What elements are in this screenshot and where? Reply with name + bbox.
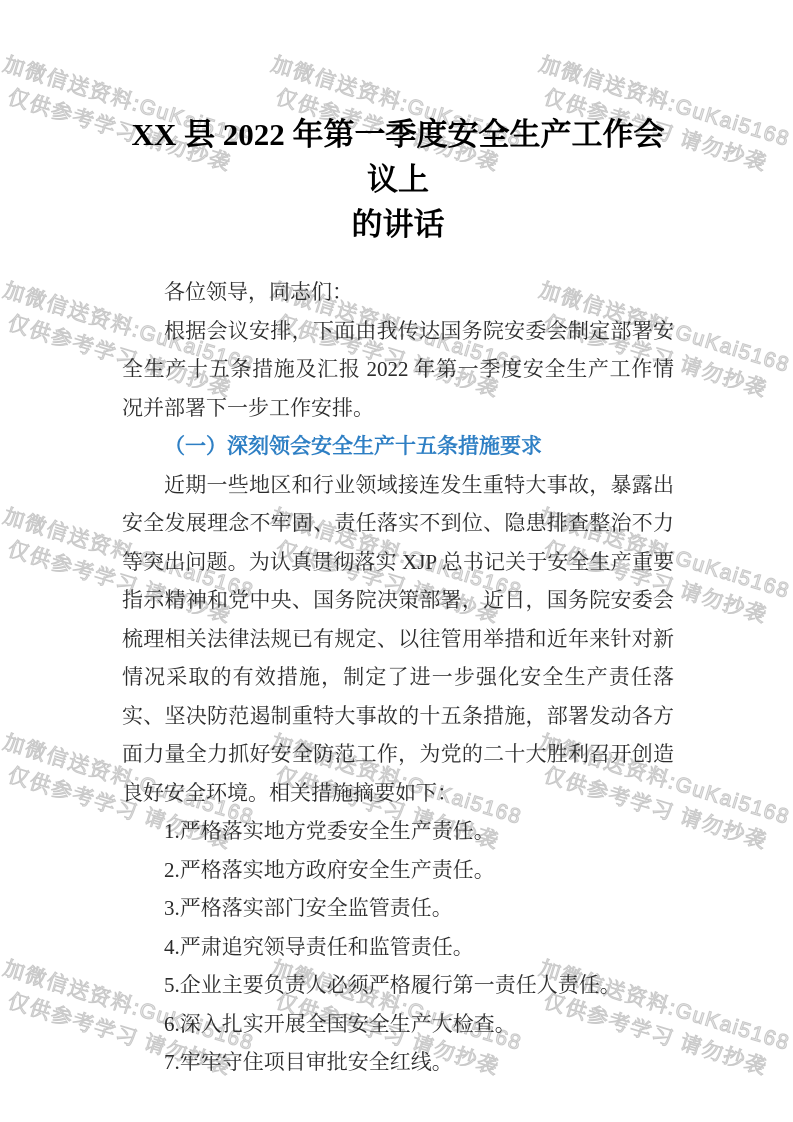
- document-content: XX 县 2022 年第一季度安全生产工作会议上 的讲话 各位领导，同志们： 根…: [122, 112, 674, 1082]
- section-heading-1: （一）深刻领会安全生产十五条措施要求: [122, 427, 674, 466]
- list-item-2: 2.严格落实地方政府安全生产责任。: [122, 851, 674, 890]
- list-item-6: 6.深入扎实开展全国安全生产大检查。: [122, 1005, 674, 1044]
- paragraph-greeting: 各位领导，同志们：: [122, 273, 674, 312]
- title-line-1: XX 县 2022 年第一季度安全生产工作会议上: [122, 112, 674, 202]
- list-item-1: 1.严格落实地方党委安全生产责任。: [122, 812, 674, 851]
- title-line-2: 的讲话: [122, 202, 674, 247]
- paragraph-intro: 根据会议安排，下面由我传达国务院安委会制定部署安全生产十五条措施及汇报 2022…: [122, 312, 674, 428]
- document-page: 加微信送资料:GuKai5168仅供参考学习 请勿抄袭加微信送资料:GuKai5…: [0, 0, 793, 1122]
- list-item-7: 7.牢牢守住项目审批安全红线。: [122, 1043, 674, 1082]
- list-item-3: 3.严格落实部门安全监管责任。: [122, 889, 674, 928]
- paragraph-measures-overview: 近期一些地区和行业领域接连发生重特大事故，暴露出安全发展理念不牢固、责任落实不到…: [122, 466, 674, 813]
- document-title: XX 县 2022 年第一季度安全生产工作会议上 的讲话: [122, 112, 674, 247]
- list-item-5: 5.企业主要负责人必须严格履行第一责任人责任。: [122, 966, 674, 1005]
- list-item-4: 4.严肃追究领导责任和监管责任。: [122, 928, 674, 967]
